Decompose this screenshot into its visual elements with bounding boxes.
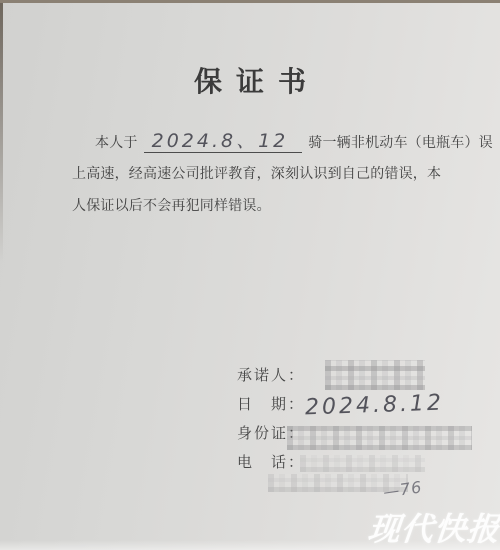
date-label: 日 期： bbox=[237, 394, 305, 416]
body-line-3: 人保证以后不会再犯同样错误。 bbox=[72, 195, 271, 219]
handwritten-signature-date: 2024.8.12 bbox=[305, 391, 445, 421]
handwritten-incident-date: 2024.8、12 bbox=[144, 131, 303, 153]
body-line-1: 本人于2024.8、12骑一辆非机动车（电瓶车）误 bbox=[95, 131, 493, 156]
body-line-1-prefix: 本人于 bbox=[95, 136, 138, 151]
document-title: 保证书 bbox=[0, 65, 500, 101]
paper-left-edge-shadow bbox=[0, 3, 3, 263]
redacted-phone-number bbox=[300, 455, 425, 472]
phone-label: 电 话： bbox=[237, 452, 305, 474]
photographed-document: 保证书 本人于2024.8、12骑一辆非机动车（电瓶车）误 上高速，经高速公司批… bbox=[0, 0, 500, 550]
paper-sheet: 保证书 本人于2024.8、12骑一辆非机动车（电瓶车）误 上高速，经高速公司批… bbox=[0, 3, 500, 550]
body-line-1-suffix: 骑一辆非机动车（电瓶车）误 bbox=[308, 136, 493, 151]
press-watermark: 现代快报 bbox=[366, 509, 500, 549]
redacted-promiser-name bbox=[325, 360, 425, 390]
body-line-2: 上高速，经高速公司批评教育，深刻认识到自己的错误，本 bbox=[72, 163, 441, 187]
promiser-label: 承诺人： bbox=[237, 365, 305, 387]
handwritten-note-fragment: —76 bbox=[382, 477, 424, 501]
redacted-id-number bbox=[287, 426, 472, 450]
